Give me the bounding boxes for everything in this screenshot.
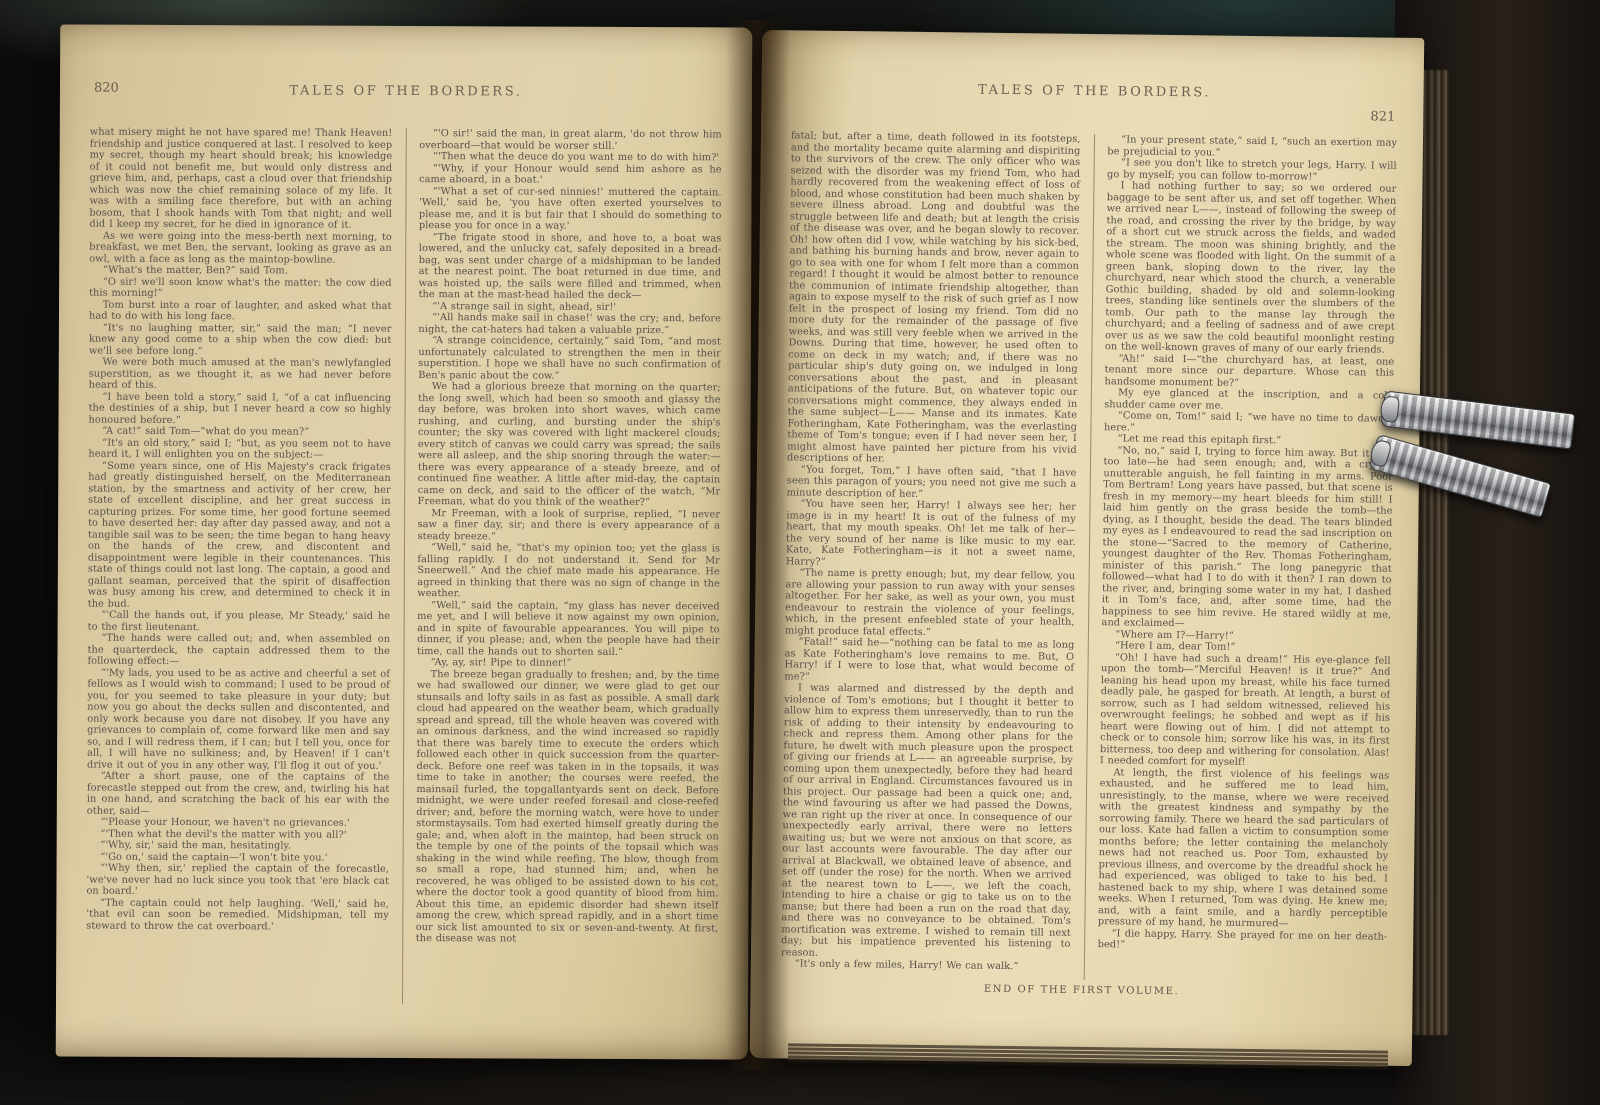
paragraph: “It's no laughing matter, sir,” said the…: [89, 322, 392, 358]
paragraph: “Fatal!” said he—“nothing can be fatal t…: [784, 636, 1074, 686]
paragraph: At length, the first violence of his fee…: [1098, 767, 1389, 932]
paragraph: “You forget, Tom,” I have often said, “t…: [787, 464, 1077, 502]
paragraph: “You have seen her, Harry! I always see …: [786, 498, 1076, 571]
paragraph: “No, no,” said I, trying to force him aw…: [1102, 445, 1394, 633]
left-page-header: 820 TALES OF THE BORDERS.: [90, 83, 722, 120]
paragraph: “What's the matter, Ben?” said Tom.: [89, 265, 392, 278]
clasp-tip-icon: [1379, 395, 1400, 423]
paragraph: “'Please your Honour, we haven't no grie…: [87, 817, 390, 830]
paragraph: “The hands were called out; and, when as…: [87, 633, 390, 669]
paragraph: fatal; but, after a time, death followed…: [787, 130, 1081, 467]
paragraph: “A cat!” said Tom—“what do you mean?”: [88, 426, 391, 439]
paragraph: As we were going into the mess-berth nex…: [89, 230, 392, 266]
paragraph: “Ah!” said I—“the churchyard has, at lea…: [1104, 353, 1394, 391]
paragraph: I had nothing further to say; so we orde…: [1105, 180, 1397, 356]
right-page-column-2: “In your present state,” said I, “such a…: [1083, 134, 1397, 984]
running-title-left: TALES OF THE BORDERS.: [90, 83, 722, 101]
paragraph: We were both much amused at the man's ne…: [89, 357, 392, 393]
paragraph: “I have been told a story,” said I, “of …: [89, 391, 392, 427]
paragraph: “Well,” said he, “that's my opinion too;…: [417, 542, 720, 601]
paragraph: “'Then what the deuce do you want me to …: [419, 151, 722, 164]
paragraph: “'What a set of cur-sed ninnies!' mutter…: [419, 186, 722, 233]
right-page-column-1: fatal; but, after a time, death followed…: [781, 130, 1094, 980]
right-page-columns: fatal; but, after a time, death followed…: [781, 130, 1397, 983]
paragraph: “'Why, sir,' said the man, hesitatingly.: [87, 840, 390, 853]
end-of-volume-label: END OF THE FIRST VOLUME.: [751, 981, 1413, 1000]
paragraph: “'My lads, you used to be as active and …: [87, 667, 390, 772]
left-page-column-2: “'O sir!' said the man, in great alarm, …: [401, 128, 721, 1005]
paragraph: “Well,” said the captain, “my glass has …: [417, 600, 720, 659]
clasp-tip-icon: [1368, 438, 1392, 468]
paragraph: Mr Freeman, with a look of surprise, rep…: [417, 508, 720, 544]
paragraph: “Ay, ay, sir! Pipe to dinner!”: [417, 657, 720, 670]
paragraph: “A strange coincidence, certainly,” said…: [418, 335, 721, 382]
clasp-strap-lower: [1369, 434, 1552, 518]
metal-clasp: [1364, 388, 1594, 538]
book-cover-edge: [1395, 0, 1600, 1105]
paragraph: “'All hands make sail in chase!' was the…: [418, 312, 721, 336]
right-page: TALES OF THE BORDERS. 821 fatal; but, af…: [750, 30, 1425, 1066]
paragraph: “Some years since, one of His Majesty's …: [88, 460, 391, 611]
paragraph: “It's only a few miles, Harry! We can wa…: [781, 958, 1071, 973]
clasp-strap-upper: [1381, 390, 1576, 449]
left-page: 820 TALES OF THE BORDERS. what misery mi…: [56, 24, 752, 1059]
paragraph: “'Why then, sir,' replied the captain of…: [86, 863, 389, 899]
right-page-header: TALES OF THE BORDERS. 821: [791, 86, 1397, 127]
running-title-right: TALES OF THE BORDERS.: [792, 80, 1398, 102]
paragraph: “Oh! I have had such a dream!” His eye-g…: [1100, 652, 1391, 771]
paragraph: Tom burst into a roar of laughter, and a…: [89, 299, 392, 323]
paragraph: “'Why, if your Honour would send him ash…: [419, 163, 722, 187]
paragraph: The breeze began gradually to freshen; a…: [416, 669, 720, 946]
paragraph: “The frigate stood in shore, and hove to…: [419, 232, 722, 302]
paragraph: “After a short pause, one of the captain…: [87, 771, 390, 818]
paragraph: “'Call the hands out, if you please, Mr …: [88, 610, 391, 634]
paragraph: “The captain could not help laughing. 'W…: [86, 897, 389, 933]
paragraph: what misery might he not have spared me!…: [89, 127, 392, 232]
paragraph: “It's an old story,” said I; “but, as yo…: [88, 437, 391, 461]
paragraph: I was alarmed and distressed by the dept…: [781, 682, 1074, 962]
photo-of-open-antique-book: { "colors": { "paper_left": "#e0d2ab", "…: [0, 0, 1600, 1105]
paragraph: “O sir! we'll soon know what's the matte…: [89, 276, 392, 300]
left-page-columns: what misery might he not have spared me!…: [86, 127, 722, 1006]
paragraph: “The name is pretty enough; but, my dear…: [785, 567, 1075, 640]
left-page-column-1: what misery might he not have spared me!…: [86, 127, 405, 1004]
page-number-right: 821: [1370, 109, 1395, 124]
paragraph: “I die happy, Harry. She prayed for me o…: [1098, 928, 1388, 955]
paragraph: “'O sir!' said the man, in great alarm, …: [419, 128, 722, 152]
paragraph: We had a glorious breeze that morning on…: [418, 381, 721, 509]
